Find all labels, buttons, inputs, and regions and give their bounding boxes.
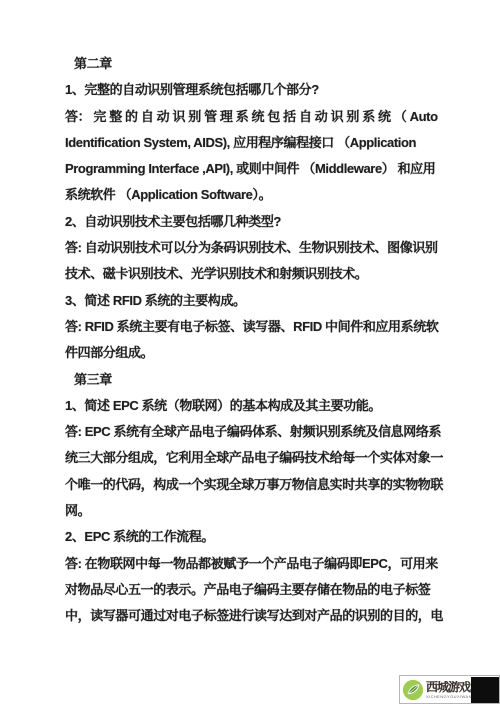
document-line: 3、简述 RFID 系统的主要构成。 bbox=[65, 288, 437, 314]
document-line: 答: 自动识别技术可以分为条码识别技术、生物识别技术、图像识别 bbox=[65, 235, 437, 261]
document-line: 系统软件 （Application Software）。 bbox=[65, 182, 437, 208]
corner-block bbox=[471, 677, 499, 703]
document-line: 件四部分组成。 bbox=[65, 340, 437, 366]
document-line: 对物品尽心五一的表示。产品电子编码主要存储在物品的电子标签 bbox=[65, 577, 437, 603]
document-line: 个唯一的代码，构成一个实现全球万事万物信息实时共享的实物物联 bbox=[65, 472, 437, 498]
document-line: 答： 完 整 的 自 动 识 别 管 理 系 统 包 括 自 动 识 别 系 统… bbox=[65, 104, 437, 130]
document-line: 答: 在物联网中每一物品都被赋予一个产品电子编码即EPC，可用来 bbox=[65, 551, 437, 577]
watermark: 西城游戏网 XICHENGYOUXIWANG bbox=[399, 675, 500, 704]
document-body: 第二章 1、完整的自动识别管理系统包括哪几个部分? 答： 完 整 的 自 动 识… bbox=[65, 51, 437, 630]
document-line: 1、简述 EPC 系统（物联网）的基本构成及其主要功能。 bbox=[65, 393, 437, 419]
document-line: Identification System, AIDS), 应用程序编程接口 （… bbox=[65, 130, 437, 156]
document-line: 2、自动识别技术主要包括哪几种类型? bbox=[65, 209, 437, 235]
document-line: Programming Interface ,API), 或则中间件 （Midd… bbox=[65, 156, 437, 182]
document-line: 技术、磁卡识别技术、光学识别技术和射频识别技术。 bbox=[65, 261, 437, 287]
leaf-logo-icon bbox=[402, 679, 424, 701]
document-line: 2、EPC 系统的工作流程。 bbox=[65, 524, 437, 550]
document-line: 第三章 bbox=[65, 367, 437, 393]
document-line: 网。 bbox=[65, 498, 437, 524]
document-line: 第二章 bbox=[65, 51, 437, 77]
document-line: 答: RFID 系统主要有电子标签、读写器、RFID 中间件和应用系统软 bbox=[65, 314, 437, 340]
document-line: 中，读写器可通过对电子标签进行读写达到对产品的识别的目的，电 bbox=[65, 603, 437, 629]
document-line: 答: EPC 系统有全球产品电子编码体系、射频识别系统及信息网络系 bbox=[65, 419, 437, 445]
document-page: 第二章 1、完整的自动识别管理系统包括哪几个部分? 答： 完 整 的 自 动 识… bbox=[0, 0, 500, 707]
document-line: 1、完整的自动识别管理系统包括哪几个部分? bbox=[65, 77, 437, 103]
document-line: 统三大部分组成，它利用全球产品电子编码技术给每一个实体对象一 bbox=[65, 445, 437, 471]
